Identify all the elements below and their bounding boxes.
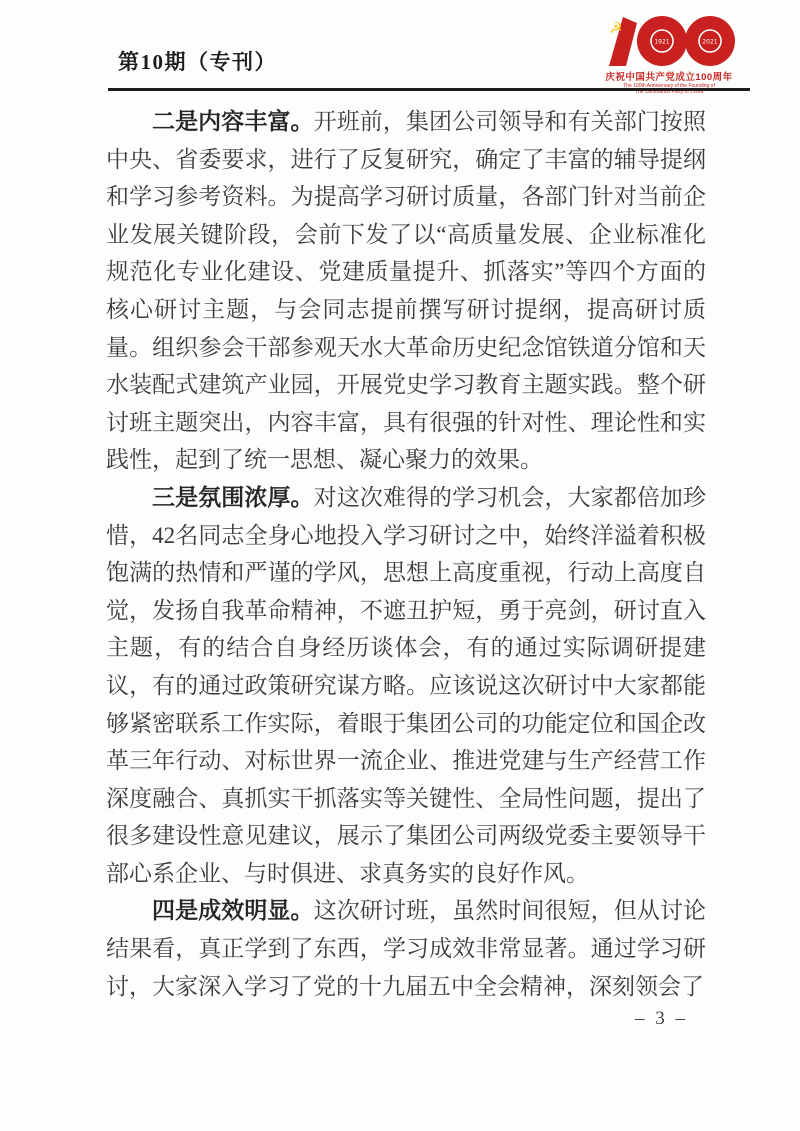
hammer-sickle-icon: ☭ <box>609 19 622 37</box>
issue-label: 第10期（专刊） <box>118 46 277 76</box>
paragraph-text: 对这次难得的学习机会，大家都倍加珍惜，42名同志全身心地投入学习研讨之中，始终洋… <box>106 485 706 886</box>
paragraph-lead: 二是内容丰富。 <box>152 109 314 134</box>
logo-year-left: 1921 <box>654 39 669 46</box>
party-100th-anniversary-logo: ☭ 1921 2021 庆祝中国共产党成立100周年 The 100th Ann… <box>593 12 745 95</box>
paragraph-text: 开班前，集团公司领导和有关部门按照中央、省委要求，进行了反复研究，确定了丰富的辅… <box>106 109 706 472</box>
page-number: – 3 – <box>635 1008 688 1030</box>
paragraph-content-rich: 二是内容丰富。开班前，集团公司领导和有关部门按照中央、省委要求，进行了反复研究，… <box>106 103 706 479</box>
paragraph-lead: 三是氛围浓厚。 <box>152 485 314 510</box>
paragraph-atmosphere: 三是氛围浓厚。对这次难得的学习机会，大家都倍加珍惜，42名同志全身心地投入学习研… <box>106 479 706 893</box>
document-body: 二是内容丰富。开班前，集团公司领导和有关部门按照中央、省委要求，进行了反复研究，… <box>106 103 706 1005</box>
paragraph-lead: 四是成效明显。 <box>152 898 314 923</box>
logo-year-right: 2021 <box>702 39 717 46</box>
document-page: 第10期（专刊） ☭ 1921 2021 庆祝中国共产党成立100周年 The … <box>0 0 800 1131</box>
header-divider <box>108 88 750 91</box>
logo-title-cn: 庆祝中国共产党成立100周年 <box>593 69 745 83</box>
paragraph-results: 四是成效明显。这次研讨班，虽然时间很短，但从讨论结果看，真正学到了东西，学习成效… <box>106 892 706 1005</box>
logo-100-graphic: ☭ 1921 2021 <box>596 12 742 68</box>
